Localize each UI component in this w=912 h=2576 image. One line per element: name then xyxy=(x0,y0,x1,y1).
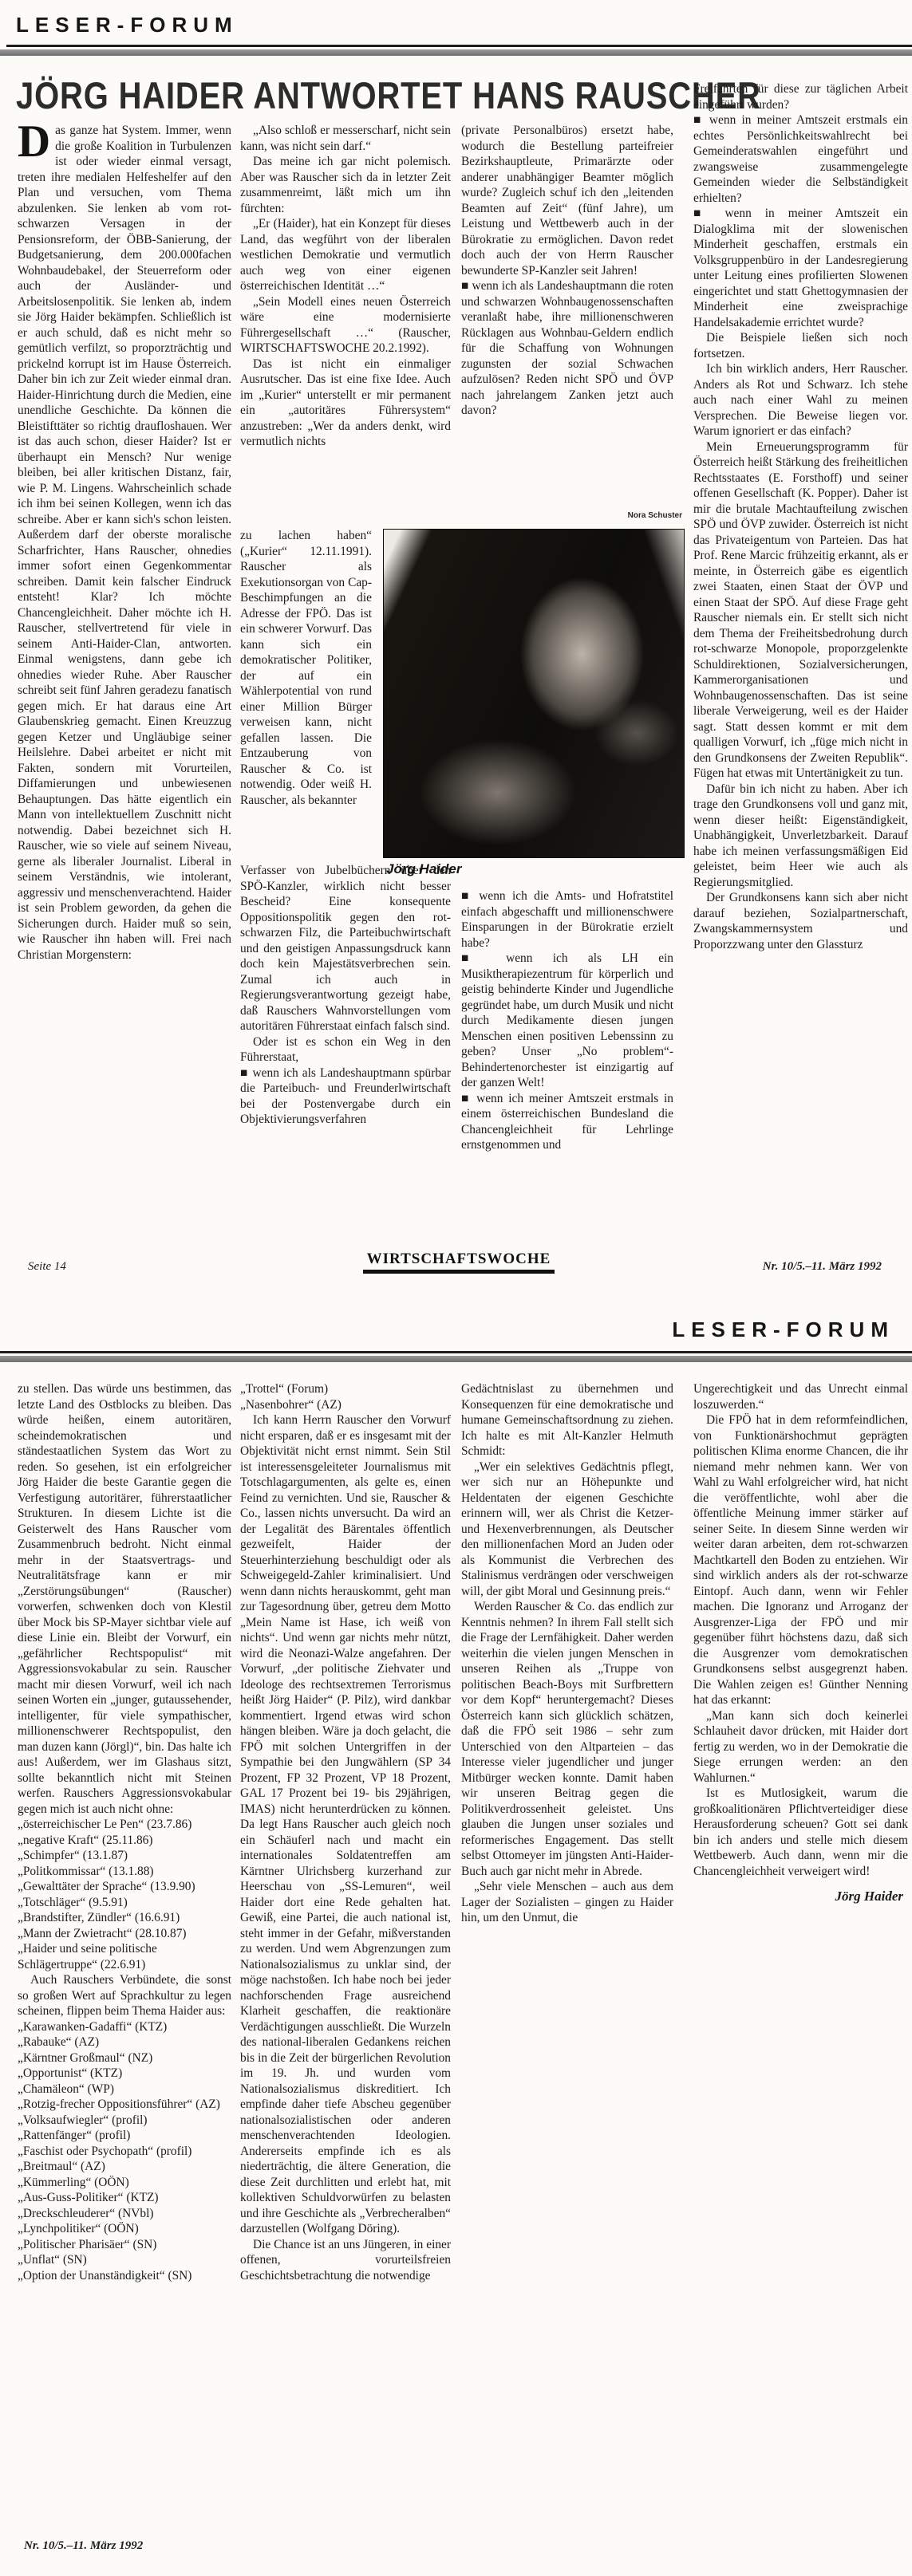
page2-column-1: zu stellen. Das würde uns bestimmen, das… xyxy=(18,1381,231,2539)
paragraph: ■ wenn in meiner Amtszeit ein Dialogklim… xyxy=(693,206,908,330)
page2-column-4: Ungerechtigkeit und das Unrecht einmal l… xyxy=(693,1381,908,2490)
paragraph: Mein Erneuerungsprogramm für Österreich … xyxy=(693,439,908,782)
headline: JÖRG HAIDER ANTWORTET HANS RAUSCHER xyxy=(16,73,761,117)
paragraph: Das ganze hat System. Immer, wenn die gr… xyxy=(18,123,231,963)
paragraph: Ist es Mutlosigkeit, warum die großkoali… xyxy=(693,1786,908,1879)
paragraph: Das ist nicht ein einmaliger Ausrutscher… xyxy=(240,356,451,450)
paragraph: „Dreckschleuderer“ (NVbl) xyxy=(18,2206,231,2222)
paragraph: Gedächtnislast zu übernehmen und Konsequ… xyxy=(461,1381,673,1459)
paragraph: „Kümmerling“ (OÖN) xyxy=(18,2175,231,2191)
paragraph: „Rotzig-frecher Oppositionsführer“ (AZ) xyxy=(18,2097,231,2113)
paragraph: Freifahrten für diese zur täglichen Arbe… xyxy=(693,81,908,112)
paragraph: Ich bin wirklich anders, Herr Rauscher. … xyxy=(693,361,908,439)
paragraph: „Karawanken-Gadaffi“ (KTZ) xyxy=(18,2019,231,2035)
paragraph: „Totschläger“ (9.5.91) xyxy=(18,1895,231,1911)
paragraph: „Wer ein selektives Gedächtnis pflegt, w… xyxy=(461,1459,673,1600)
paragraph: (private Personalbüros) ersetzt habe, wo… xyxy=(461,123,673,278)
paragraph: „Aus-Guss-Politiker“ (KTZ) xyxy=(18,2190,231,2206)
page1-column-4: Freifahrten für diese zur täglichen Arbe… xyxy=(693,81,908,1247)
paragraph: „Faschist oder Psychopath“ (profil) xyxy=(18,2144,231,2160)
paragraph: Die Chance ist an uns Jüngeren, in einer… xyxy=(240,2237,451,2284)
masthead-page2: LESER-FORUM xyxy=(672,1318,894,1342)
photo-credit: Nora Schuster xyxy=(578,511,682,520)
paragraph: Die Beispiele ließen sich noch fortsetze… xyxy=(693,330,908,361)
masthead-page1: LESER-FORUM xyxy=(16,13,239,37)
page2-column-2: „Trottel“ (Forum)„Nasenbohrer“ (AZ)Ich k… xyxy=(240,1381,451,2442)
paragraph: Ungerechtigkeit und das Unrecht einmal l… xyxy=(693,1381,908,1412)
paragraph: „Breitmaul“ (AZ) xyxy=(18,2159,231,2175)
magazine-scan: { "page1": { "masthead": "LESER-FORUM", … xyxy=(0,0,912,2576)
paragraph: ■ wenn ich meiner Amtszeit erstmals in e… xyxy=(461,1091,673,1153)
rule-gray-page1 xyxy=(0,49,912,56)
paragraph: „Option der Unanständigkeit“ (SN) xyxy=(18,2268,231,2284)
paragraph: Verfasser von Jubelbüchern über den SPÖ-… xyxy=(240,863,451,1034)
page1-column-3-lower: ■ wenn ich die Amts- und Hofratstitel ei… xyxy=(461,888,673,1235)
paragraph: Werden Rauscher & Co. das endlich zur Ke… xyxy=(461,1599,673,1879)
paragraph: zu stellen. Das würde uns bestimmen, das… xyxy=(18,1381,231,1817)
paragraph: Der Grundkonsens kann sich aber nicht da… xyxy=(693,890,908,952)
paragraph: „Also schloß er messerscharf, nicht sein… xyxy=(240,123,451,154)
photo-caption: Jörg Haider xyxy=(386,861,461,877)
paragraph: „Lynchpolitiker“ (OÖN) xyxy=(18,2221,231,2237)
paragraph: ■ wenn ich als Landeshauptmann die roten… xyxy=(461,278,673,419)
paragraph: „Brandstifter, Zündler“ (16.6.91) xyxy=(18,1910,231,1926)
page1-column-2-lower: Verfasser von Jubelbüchern über den SPÖ-… xyxy=(240,863,451,1246)
page2-column-3: Gedächtnislast zu übernehmen und Konsequ… xyxy=(461,1381,673,2109)
paragraph: „österreichischer Le Pen“ (23.7.86) xyxy=(18,1817,231,1833)
paragraph: „Nasenbohrer“ (AZ) xyxy=(240,1397,451,1413)
paragraph: „Sein Modell eines neuen Österreich wäre… xyxy=(240,294,451,356)
page1-footer-issue: Nr. 10/5.–11. März 1992 xyxy=(702,1260,882,1274)
paragraph: „Haider und seine politische Schlägertru… xyxy=(18,1941,231,1972)
paragraph: „Sehr viele Menschen – auch aus dem Lage… xyxy=(461,1879,673,1926)
paragraph: „Man kann sich doch keinerlei Schlauheit… xyxy=(693,1708,908,1786)
paragraph: „Rattenfänger“ (profil) xyxy=(18,2128,231,2144)
paragraph: „Gewalttäter der Sprache“ (13.9.90) xyxy=(18,1879,231,1895)
rule-black-page1 xyxy=(6,45,912,47)
paragraph: „Trottel“ (Forum) xyxy=(240,1381,451,1397)
paragraph: „Rabauke“ (AZ) xyxy=(18,2034,231,2050)
page1-column-2-beside-photo: zu lachen haben“ („Kurier“ 12.11.1991). … xyxy=(240,528,372,861)
paragraph: ■ wenn in meiner Amtszeit erstmals ein e… xyxy=(693,112,908,206)
page2-footer-issue: Nr. 10/5.–11. März 1992 xyxy=(24,2539,143,2553)
rule-black-page2 xyxy=(0,1351,912,1353)
haider-photo xyxy=(383,529,685,858)
paragraph: „Volksaufwiegler“ (profil) xyxy=(18,2113,231,2129)
paragraph: „Er (Haider), hat ein Konzept für dieses… xyxy=(240,216,451,294)
paragraph: „Chamäleon“ (WP) xyxy=(18,2082,231,2097)
paragraph: ■ wenn ich als LH ein Musiktherapiezentr… xyxy=(461,951,673,1091)
page1-footer-logo: WIRTSCHAFTSWOCHE xyxy=(363,1251,555,1274)
paragraph: „Schimpfer“ (13.1.87) xyxy=(18,1848,231,1864)
paragraph: „Kärntner Großmaul“ (NZ) xyxy=(18,2050,231,2066)
page1-footer-page-number: Seite 14 xyxy=(28,1260,66,1274)
page1-column-3-upper: (private Personalbüros) ersetzt habe, wo… xyxy=(461,123,673,528)
paragraph: Das meine ich gar nicht polemisch. Aber … xyxy=(240,154,451,216)
paragraph: Dafür bin ich nicht zu haben. Aber ich t… xyxy=(693,782,908,891)
paragraph: „Opportunist“ (KTZ) xyxy=(18,2066,231,2082)
paragraph: Ich kann Herrn Rauscher den Vorwurf nich… xyxy=(240,1412,451,2237)
page1-column-1: Das ganze hat System. Immer, wenn die gr… xyxy=(18,123,231,1247)
paragraph: Jörg Haider xyxy=(693,1889,908,1904)
paragraph: „Politischer Pharisäer“ (SN) xyxy=(18,2237,231,2253)
paragraph: Auch Rauschers Verbündete, die sonst so … xyxy=(18,1972,231,2019)
paragraph: „Unflat“ (SN) xyxy=(18,2252,231,2268)
paragraph: zu lachen haben“ („Kurier“ 12.11.1991). … xyxy=(240,528,372,808)
paragraph: „Mann der Zwietracht“ (28.10.87) xyxy=(18,1926,231,1942)
page1-column-2-upper: „Also schloß er messerscharf, nicht sein… xyxy=(240,123,451,528)
paragraph: Die FPÖ hat in dem reformfeindlichen, vo… xyxy=(693,1412,908,1708)
paragraph: Oder ist es schon ein Weg in den Führers… xyxy=(240,1034,451,1065)
paragraph: ■ wenn ich als Landeshauptmann spürbar d… xyxy=(240,1065,451,1128)
paragraph: „Politkommissar“ (13.1.88) xyxy=(18,1864,231,1880)
rule-gray-page2 xyxy=(0,1356,912,1362)
paragraph: „negative Kraft“ (25.11.86) xyxy=(18,1833,231,1849)
paragraph: ■ wenn ich die Amts- und Hofratstitel ei… xyxy=(461,888,673,951)
